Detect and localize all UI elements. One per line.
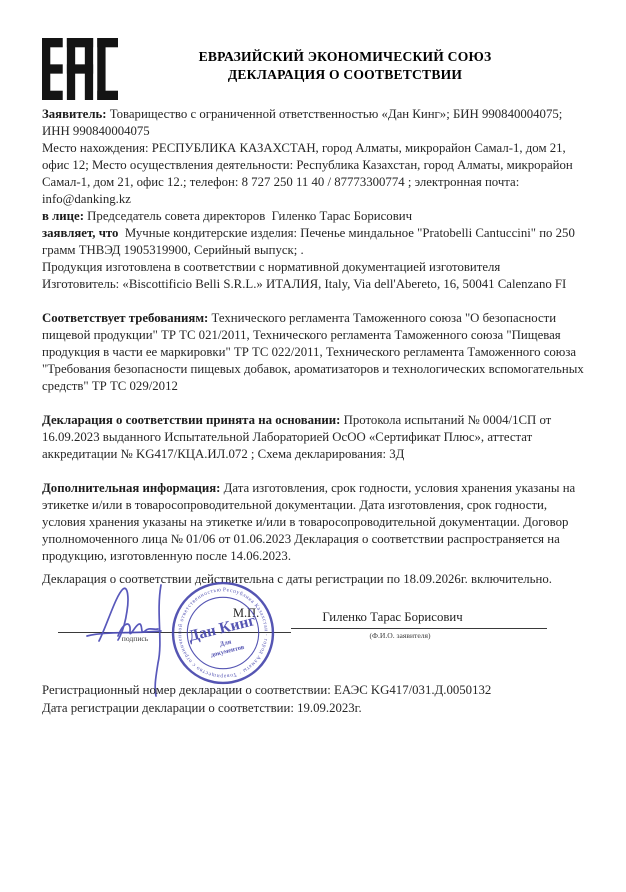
product-note-text: Продукция изготовлена в соответствии с н… xyxy=(42,260,500,274)
paragraph-location: Место нахождения: РЕСПУБЛИКА КАЗАХСТАН, … xyxy=(42,140,587,208)
applicant-text: Товарищество с ограниченной ответственно… xyxy=(42,107,566,138)
declares-label: заявляет, что xyxy=(42,226,118,240)
signer-name: Гиленко Тарас Борисович xyxy=(300,610,485,625)
document-title: ДЕКЛАРАЦИЯ О СООТВЕТСТВИИ xyxy=(64,66,626,84)
applicant-label: Заявитель: xyxy=(42,107,107,121)
basis-label: Декларация о соответствии принята на осн… xyxy=(42,413,340,427)
paragraph-manufacturer: Изготовитель: «Biscottificio Belli S.R.L… xyxy=(42,276,587,293)
document-header: ЕВРАЗИЙСКИЙ ЭКОНОМИЧЕСКИЙ СОЮЗ ДЕКЛАРАЦИ… xyxy=(0,48,626,84)
declaration-body: Заявитель: Товарищество с ограниченной о… xyxy=(42,106,587,588)
paragraph-complies: Соответствует требованиям: Технического … xyxy=(42,310,587,395)
paragraph-applicant: Заявитель: Товарищество с ограниченной о… xyxy=(42,106,587,140)
declaration-page: ЕВРАЗИЙСКИЙ ЭКОНОМИЧЕСКИЙ СОЮЗ ДЕКЛАРАЦИ… xyxy=(0,0,626,892)
signer-name-line xyxy=(291,628,547,629)
represented-text: Председатель совета директоров Гиленко Т… xyxy=(84,209,412,223)
location-text: Место нахождения: РЕСПУБЛИКА КАЗАХСТАН, … xyxy=(42,141,576,206)
registration-date: Дата регистрации декларации о соответств… xyxy=(42,699,602,717)
paragraph-basis: Декларация о соответствии принята на осн… xyxy=(42,412,587,463)
additional-label: Дополнительная информация: xyxy=(42,481,220,495)
union-title: ЕВРАЗИЙСКИЙ ЭКОНОМИЧЕСКИЙ СОЮЗ xyxy=(64,48,626,66)
declares-text: Мучные кондитерские изделия: Печенье мин… xyxy=(42,226,578,257)
represented-label: в лице: xyxy=(42,209,84,223)
paragraph-product-note: Продукция изготовлена в соответствии с н… xyxy=(42,259,587,276)
registration-number: Регистрационный номер декларации о соотв… xyxy=(42,681,602,699)
paragraph-declares: заявляет, что Мучные кондитерские издели… xyxy=(42,225,587,259)
complies-label: Соответствует требованиям: xyxy=(42,311,208,325)
signer-caption: (Ф.И.О. заявителя) xyxy=(320,631,480,640)
paragraph-represented: в лице: Председатель совета директоров Г… xyxy=(42,208,587,225)
company-stamp: Республика Казахстан · город Алматы · То… xyxy=(170,580,276,686)
manufacturer-text: Изготовитель: «Biscottificio Belli S.R.L… xyxy=(42,277,566,291)
paragraph-additional: Дополнительная информация: Дата изготовл… xyxy=(42,480,587,565)
registration-footer: Регистрационный номер декларации о соотв… xyxy=(42,681,602,717)
